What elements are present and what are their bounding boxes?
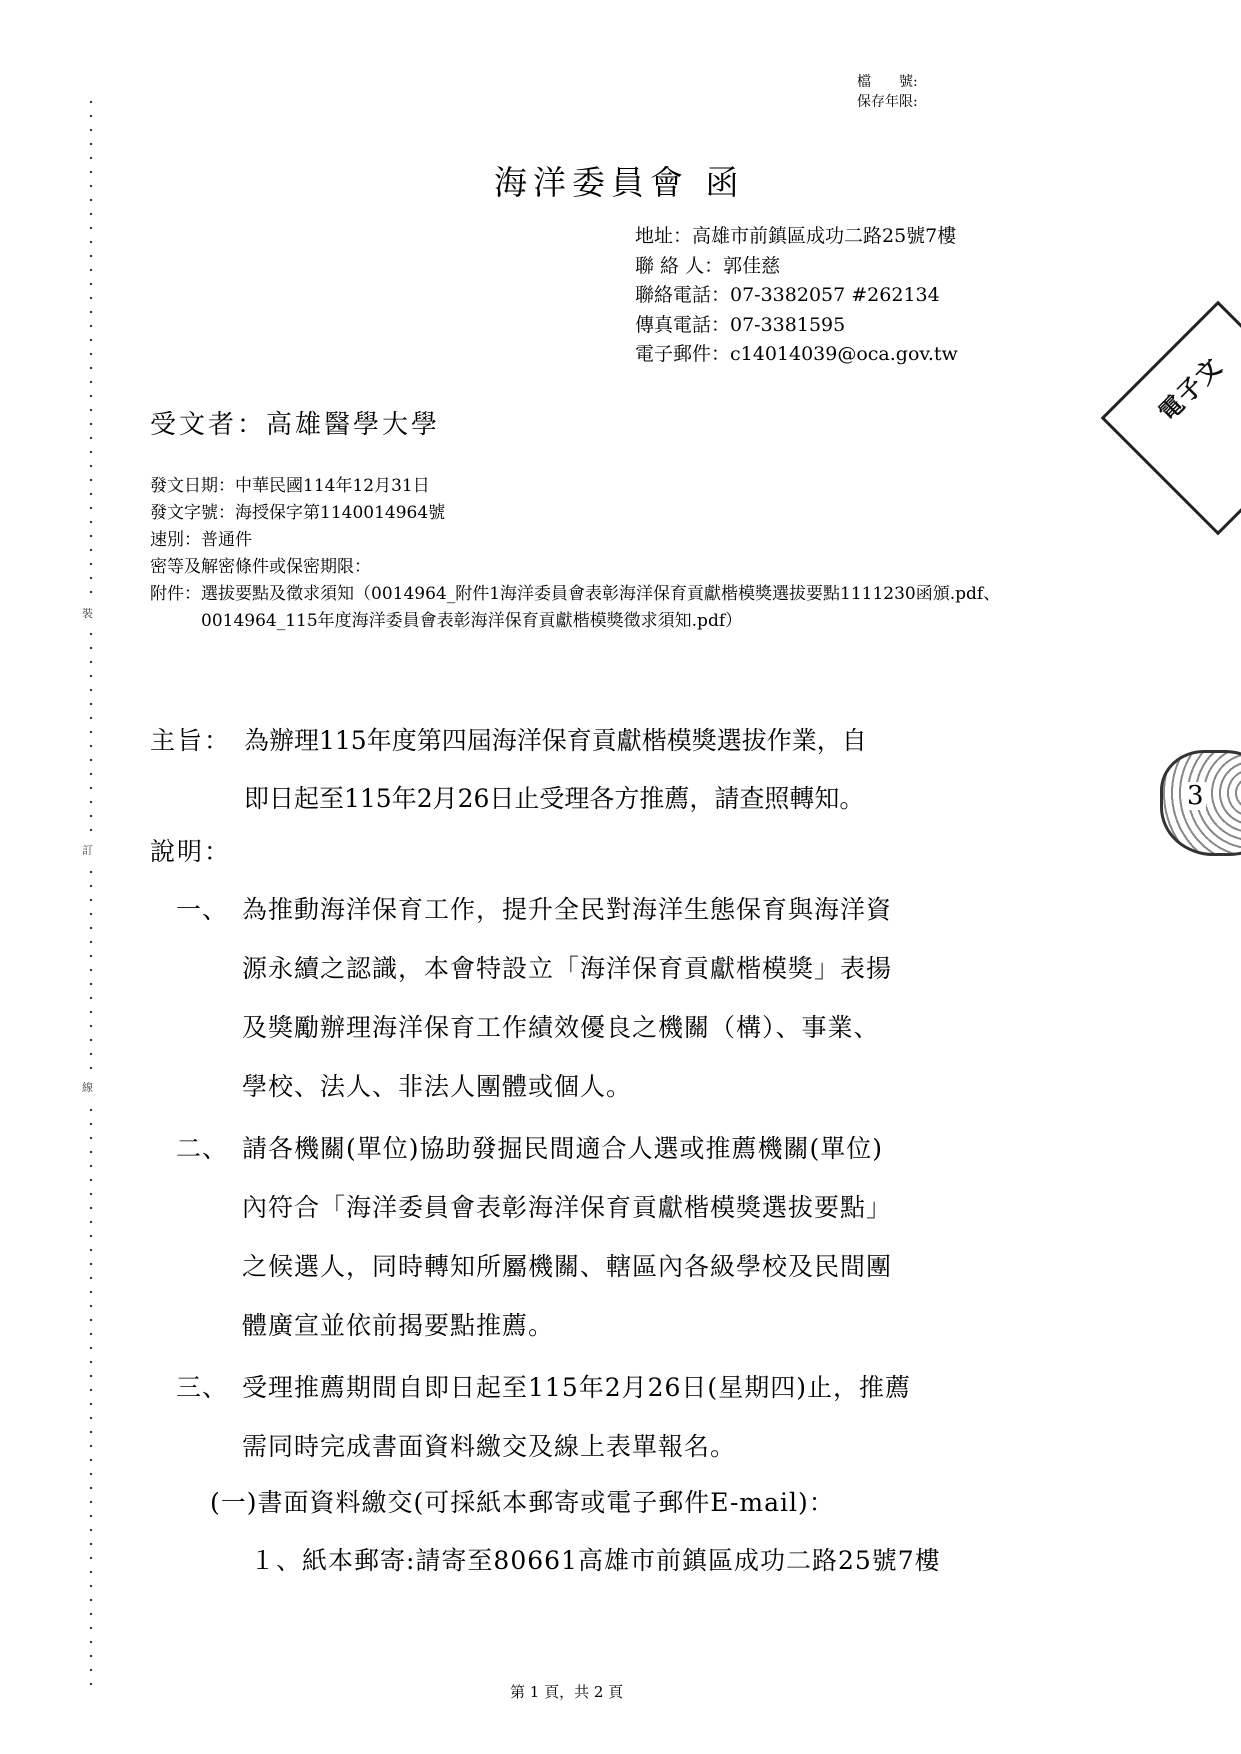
classification: 密等及解密條件或保密期限： (150, 554, 1071, 581)
retention-label: 保存年限: (857, 92, 918, 112)
explanation-item-2: 二、 請各機關(單位)協助發掘民間適合人選或推薦機關(單位) 內符合「海洋委員會… (176, 1119, 892, 1355)
item-line: 請各機關(單位)協助發掘民間適合人選或推薦機關(單位) (176, 1119, 892, 1178)
binding-mark-ding: 訂 (82, 842, 93, 860)
contact-address: 地址：高雄市前鎮區成功二路25號7樓 (635, 222, 958, 252)
item-line: 及獎勵辦理海洋保育工作績效優良之機關（構）、事業、 (176, 998, 892, 1057)
subject-line-2: 即日起至115年2月26日止受理各方推薦，請查照轉知。 (150, 770, 1070, 828)
attachment-label: 附件： (150, 581, 201, 635)
contact-block: 地址：高雄市前鎮區成功二路25號7樓 聯 絡 人：郭佳慈 聯絡電話：07-338… (635, 222, 958, 370)
sub-item-1-1: １、紙本郵寄:請寄至80661高雄市前鎮區成功二路25號7樓 (250, 1541, 941, 1577)
explanation-label: 說明： (150, 832, 231, 868)
item-line: 之候選人，同時轉知所屬機關、轄區內各級學校及民間團 (176, 1237, 892, 1296)
contact-fax: 傳真電話：07-3381595 (635, 311, 958, 341)
item-number: 二、 (176, 1119, 228, 1178)
contact-phone: 聯絡電話：07-3382057 #262134 (635, 281, 958, 311)
explanation-item-3: 三、 受理推薦期間自即日起至115年2月26日(星期四)止，推薦 需同時完成書面… (176, 1358, 911, 1476)
document-meta: 發文日期：中華民國114年12月31日 發文字號：海授保字第1140014964… (150, 473, 1071, 635)
recipient: 受文者：高雄醫學大學 (150, 404, 440, 441)
item-number: 三、 (176, 1358, 228, 1417)
binding-mark-xian: 線 (82, 1079, 93, 1097)
document-title: 海洋委員會 函 (494, 157, 745, 204)
subject: 主旨：為辦理115年度第四屆海洋保育貢獻楷模獎選拔作業，自 即日起至115年2月… (150, 712, 1070, 828)
urgency: 速別：普通件 (150, 527, 1071, 554)
issue-date: 發文日期：中華民國114年12月31日 (150, 473, 1071, 500)
item-line: 學校、法人、非法人團體或個人。 (176, 1057, 892, 1116)
subject-label: 主旨： (150, 712, 244, 770)
item-line: 體廣宣並依前揭要點推薦。 (176, 1296, 892, 1355)
document-number: 發文字號：海授保字第1140014964號 (150, 500, 1071, 527)
item-line: 需同時完成書面資料繳交及線上表單報名。 (176, 1417, 911, 1476)
page-indicator: 第 1 頁，共 2 頁 (510, 1681, 623, 1702)
item-number: 一、 (176, 880, 228, 939)
attachments: 附件： 選拔要點及徵求須知（0014964_附件1海洋委員會表彰海洋保育貢獻楷模… (150, 581, 1071, 635)
binding-mark-zhuang: 裝 (82, 605, 93, 623)
binding-dotted-line (89, 95, 93, 1695)
explanation-item-1: 一、 為推動海洋保育工作，提升全民對海洋生態保育與海洋資 源永續之認識，本會特設… (176, 880, 892, 1116)
sub-item-1: (一)書面資料繳交(可採紙本郵寄或電子郵件E-mail)： (210, 1483, 835, 1519)
seal-number: 3 (1185, 782, 1206, 810)
item-line: 為推動海洋保育工作，提升全民對海洋生態保育與海洋資 (176, 880, 892, 939)
item-line: 受理推薦期間自即日起至115年2月26日(星期四)止，推薦 (176, 1358, 911, 1417)
contact-email: 電子郵件：c14014039@oca.gov.tw (635, 340, 958, 370)
item-line: 內符合「海洋委員會表彰海洋保育貢獻楷模獎選拔要點」 (176, 1178, 892, 1237)
subject-line-1: 為辦理115年度第四屆海洋保育貢獻楷模獎選拔作業，自 (244, 726, 867, 755)
file-meta: 檔 號: 保存年限: (857, 72, 918, 112)
contact-person: 聯 絡 人：郭佳慈 (635, 252, 958, 282)
file-number-label: 檔 號: (857, 72, 918, 92)
item-line: 源永續之認識，本會特設立「海洋保育貢獻楷模獎」表揚 (176, 939, 892, 998)
attachment-text: 選拔要點及徵求須知（0014964_附件1海洋委員會表彰海洋保育貢獻楷模獎選拔要… (201, 581, 1071, 635)
